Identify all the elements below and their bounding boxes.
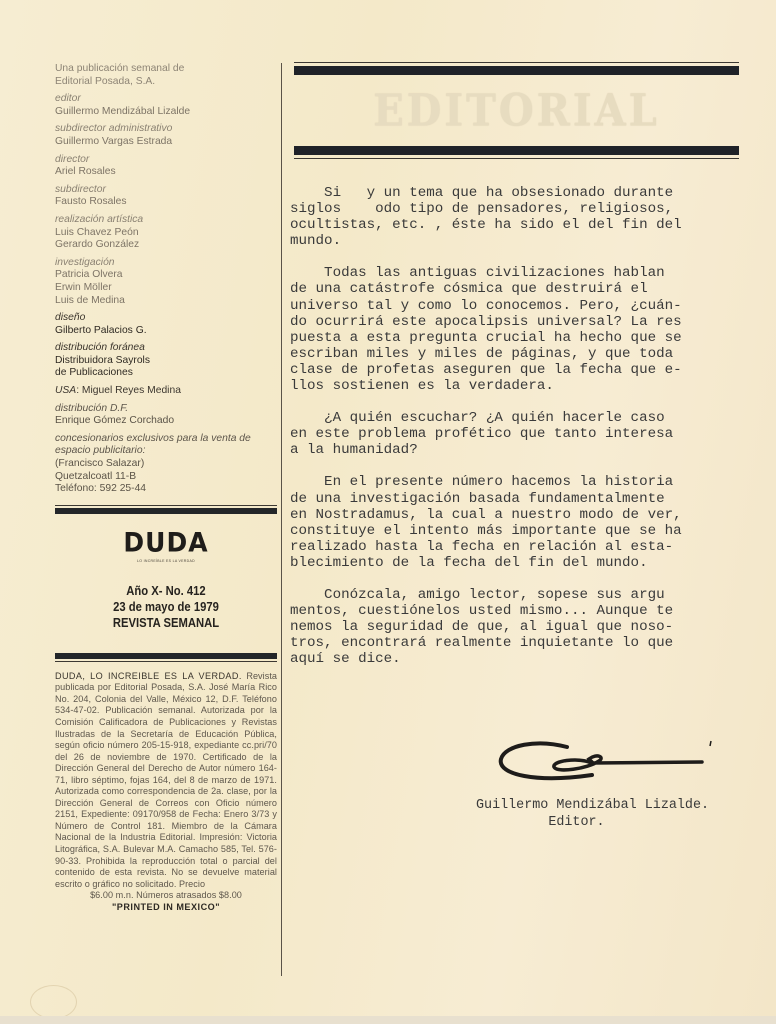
price-line: $6.00 m.n. Números atrasados $8.00 [55,890,277,902]
logo-tagline: Lo increíble es la verdad [55,559,277,563]
publisher-line: Una publicación semanal de [55,63,277,76]
rule-divider [55,653,277,663]
credit-role: diseño [55,312,277,325]
legal-heading: DUDA, LO INCREIBLE ES LA VERDAD. [55,671,242,681]
printed-in-mexico: "PRINTED IN MEXICO" [55,902,277,914]
credit-block: editorGuillermo Mendizábal Lizalde [55,93,277,118]
credit-block: diseñoGilberto Palacios G. [55,312,277,337]
credit-name: (Francisco Salazar) [55,458,277,471]
credit-role: distribución D.F. [55,403,277,416]
credit-role: distribución foránea [55,342,277,355]
editorial-column: EDITORIAL Si y un tema que ha obsesionad… [294,62,739,683]
signature-name: Guillermo Mendizábal Lizalde. [476,797,756,814]
legal-notice: DUDA, LO INCREIBLE ES LA VERDAD. Revista… [55,671,277,913]
credit-role: realización artística [55,214,277,227]
publisher-intro: Una publicación semanal de Editorial Pos… [55,63,277,88]
editorial-paragraph: Si y un tema que ha obsesionado durante … [290,185,739,249]
editorial-title: EDITORIAL [294,71,739,149]
credit-block: distribución D.F.Enrique Gómez Corchado [55,403,277,428]
credit-name: Gerardo González [55,239,277,252]
credit-role: subdirector [55,184,277,197]
credit-block: realización artísticaLuis Chavez PeónGer… [55,214,277,252]
credit-block: concesionarios exclusivos para la venta … [55,433,277,496]
credit-name: : Miguel Reyes Medina [76,385,181,396]
editorial-paragraph: ¿A quién escuchar? ¿A quién hacerle caso… [290,410,739,458]
magazine-masthead: DUDA Lo increíble es la verdad Año X- No… [55,515,277,631]
page-edge [0,1016,776,1024]
credit-name: Enrique Gómez Corchado [55,415,277,428]
credit-role: subdirector administrativo [55,123,277,136]
editorial-paragraph: Conózcala, amigo lector, sopese sus argu… [290,587,739,667]
signature-icon [497,735,717,790]
editorial-paragraph: Todas las antiguas civilizaciones hablan… [290,265,739,394]
column-divider [281,63,282,976]
rule-divider [294,146,739,160]
staff-credits: Una publicación semanal de Editorial Pos… [55,63,277,496]
issue-number: Año X- No. 412 [66,583,266,599]
paper-stain [30,985,77,1019]
editorial-paragraph: En el presente número hacemos la histori… [290,474,739,571]
masthead-column: Una publicación semanal de Editorial Pos… [55,63,277,913]
editorial-body: Si y un tema que ha obsesionado durante … [290,185,739,667]
credit-name: Distribuidora Sayrols [55,355,277,368]
credit-name: Teléfono: 592 25-44 [55,483,277,496]
credit-block: distribución foráneaDistribuidora Sayrol… [55,342,277,380]
duda-logo: DUDA [55,529,277,556]
credit-name: Fausto Rosales [55,196,277,209]
publisher-line: Editorial Posada, S.A. [55,76,277,89]
credit-name: Luis de Medina [55,295,277,308]
issue-date: 23 de mayo de 1979 [66,599,266,615]
credit-role: concesionarios exclusivos para la venta … [55,433,277,458]
credit-name: Guillermo Vargas Estrada [55,136,277,149]
credit-role: director [55,154,277,167]
credit-role: editor [55,93,277,106]
signature-block: Guillermo Mendizábal Lizalde. Editor. [476,797,756,831]
credit-name: Quetzalcoatl 11-B [55,471,277,484]
credit-name: Luis Chavez Peón [55,227,277,240]
issue-frequency: REVISTA SEMANAL [66,615,266,631]
credit-usa: USA: Miguel Reyes Medina [55,385,277,398]
credit-block: subdirector administrativoGuillermo Varg… [55,123,277,148]
credit-block: directorAriel Rosales [55,154,277,179]
credit-name: Erwin Möller [55,282,277,295]
credit-block: investigaciónPatricia OlveraErwin Möller… [55,257,277,307]
credit-name: de Publicaciones [55,367,277,380]
credit-role: investigación [55,257,277,270]
credit-name: Gilberto Palacios G. [55,325,277,338]
credit-role: USA [55,385,76,396]
legal-body: Revista publicada por Editorial Posada, … [55,671,277,889]
rule-divider [55,505,277,515]
issue-info: Año X- No. 412 23 de mayo de 1979 REVIST… [66,583,266,631]
credit-name: Guillermo Mendizábal Lizalde [55,106,277,119]
credit-block: subdirectorFausto Rosales [55,184,277,209]
signature-title: Editor. [476,814,756,831]
credit-name: Patricia Olvera [55,269,277,282]
credit-name: Ariel Rosales [55,166,277,179]
